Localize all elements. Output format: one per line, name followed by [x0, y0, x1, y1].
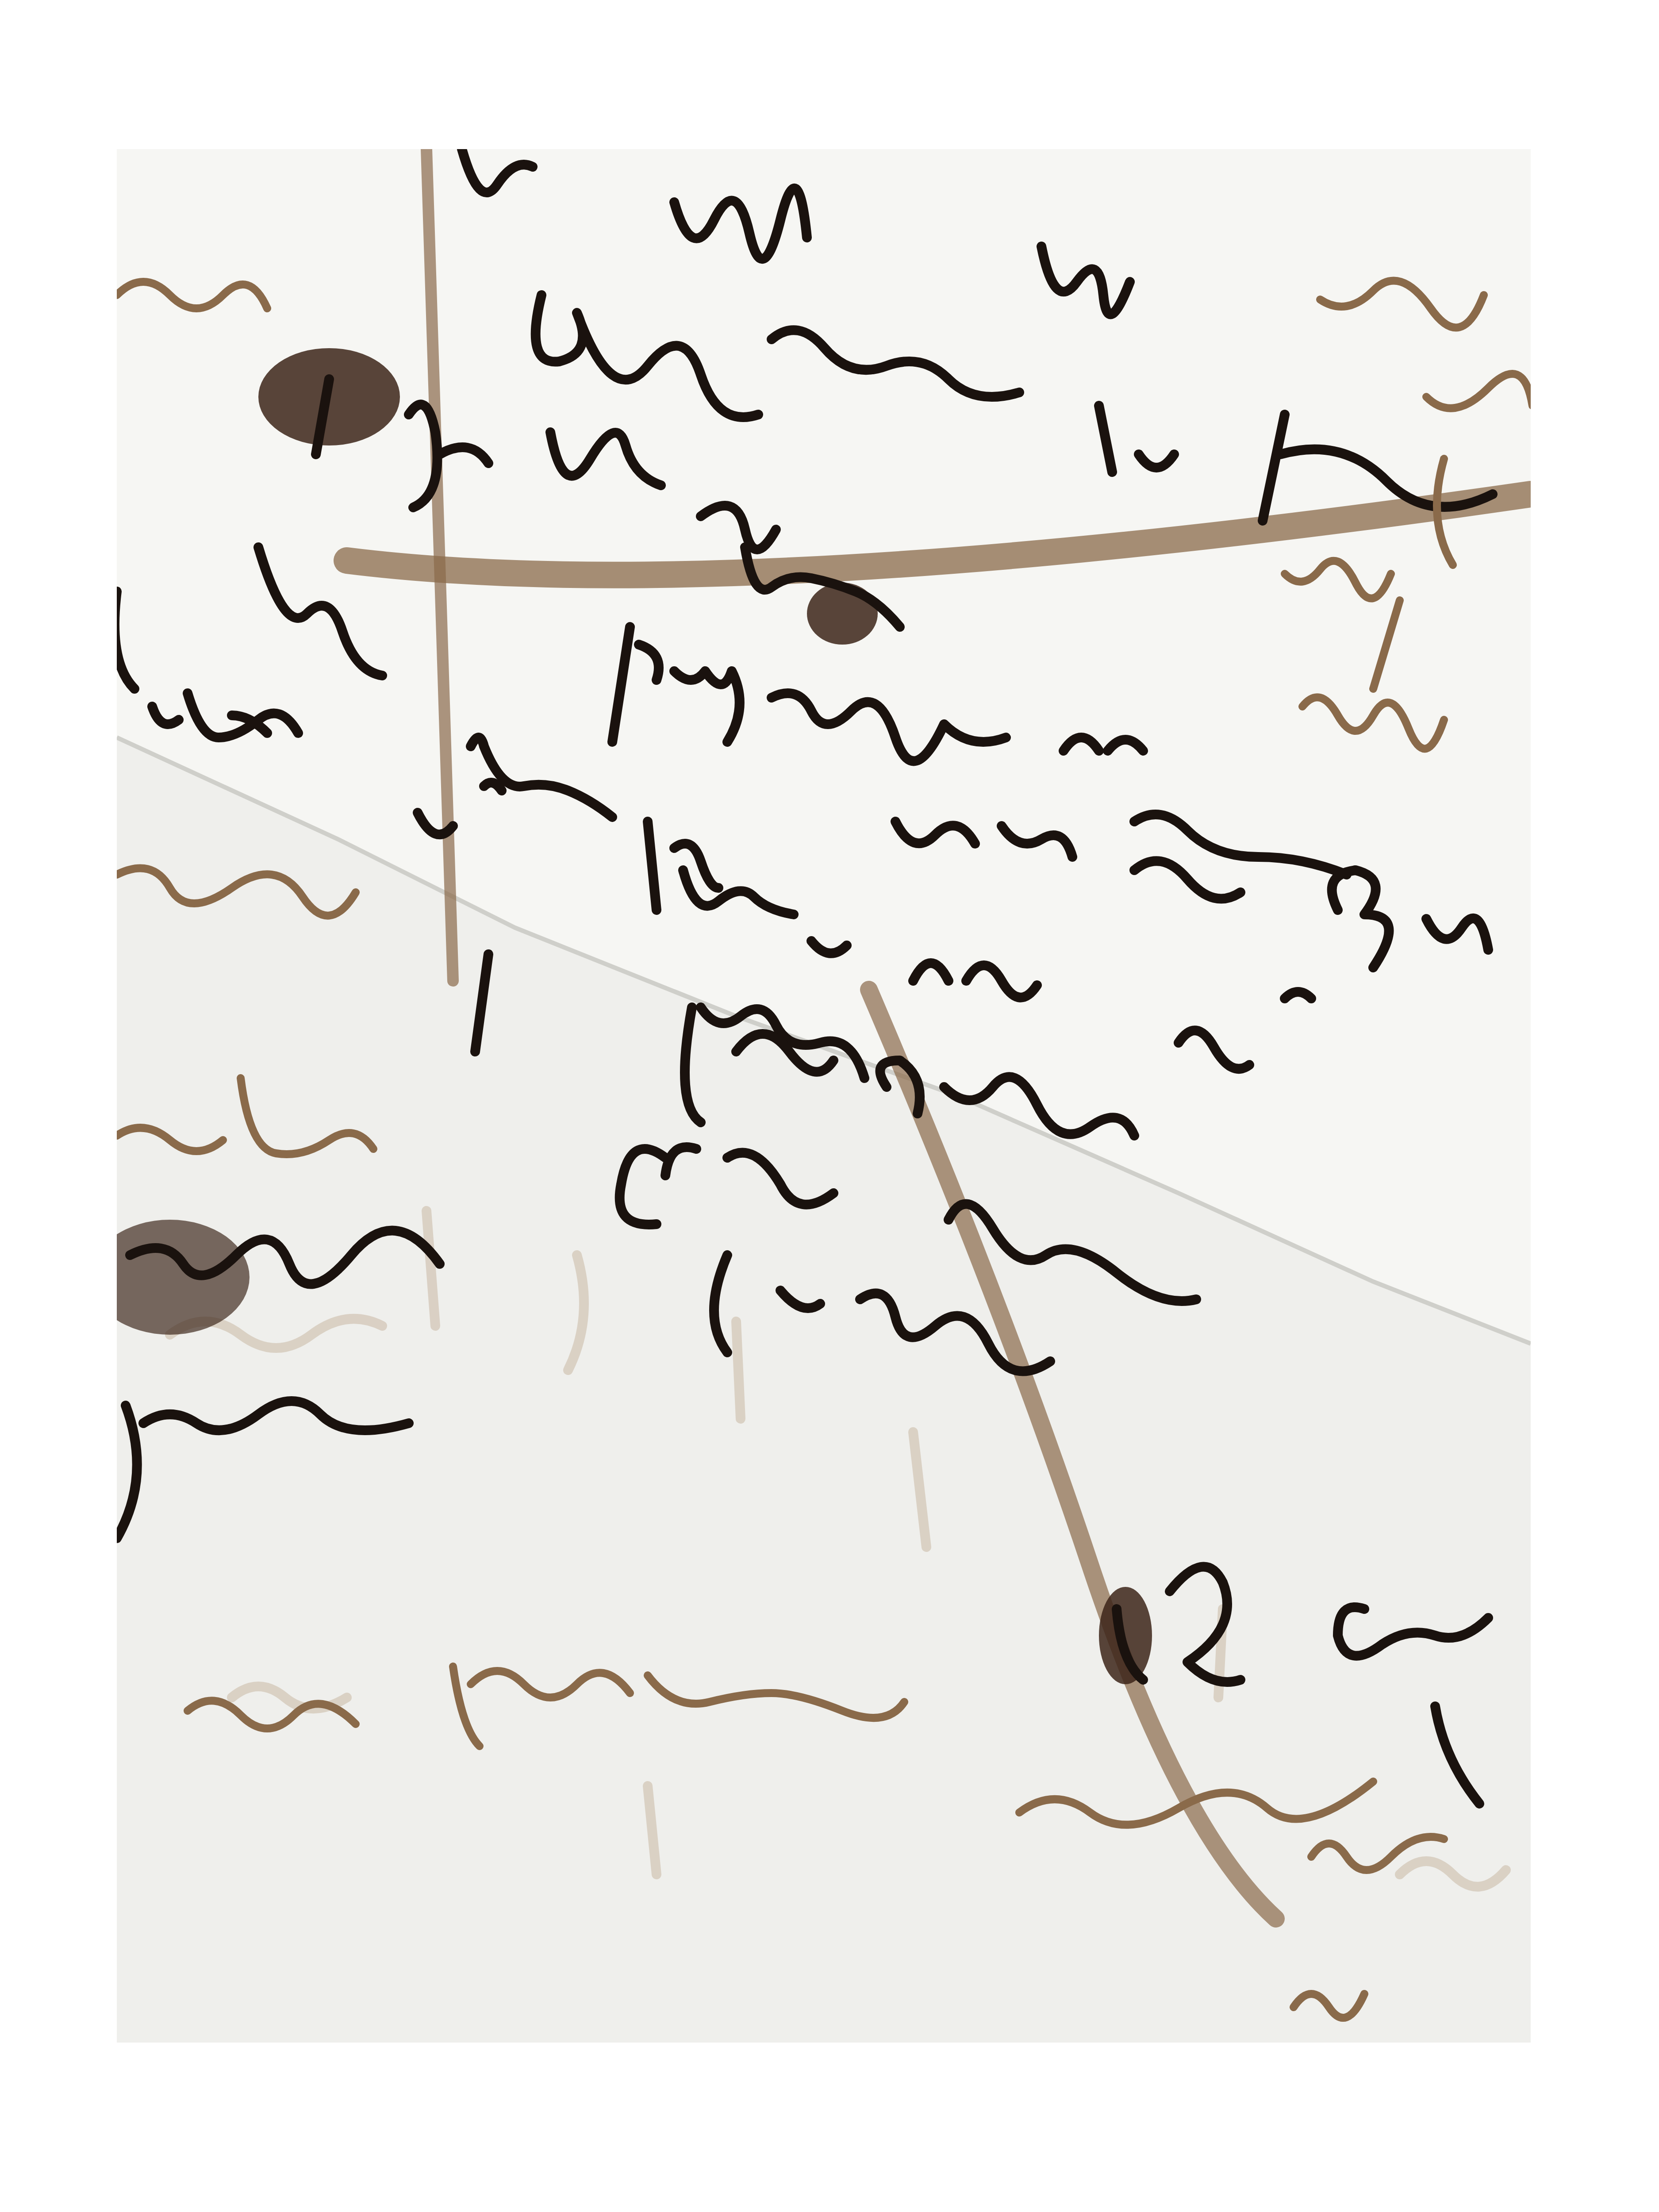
upper-sheet — [117, 149, 1531, 1344]
faded-bleed-through — [170, 1211, 1506, 1887]
manuscript-photo: Close-up photograph of overlapping handw… — [117, 149, 1531, 2043]
handwriting-strokes — [117, 149, 1531, 2043]
